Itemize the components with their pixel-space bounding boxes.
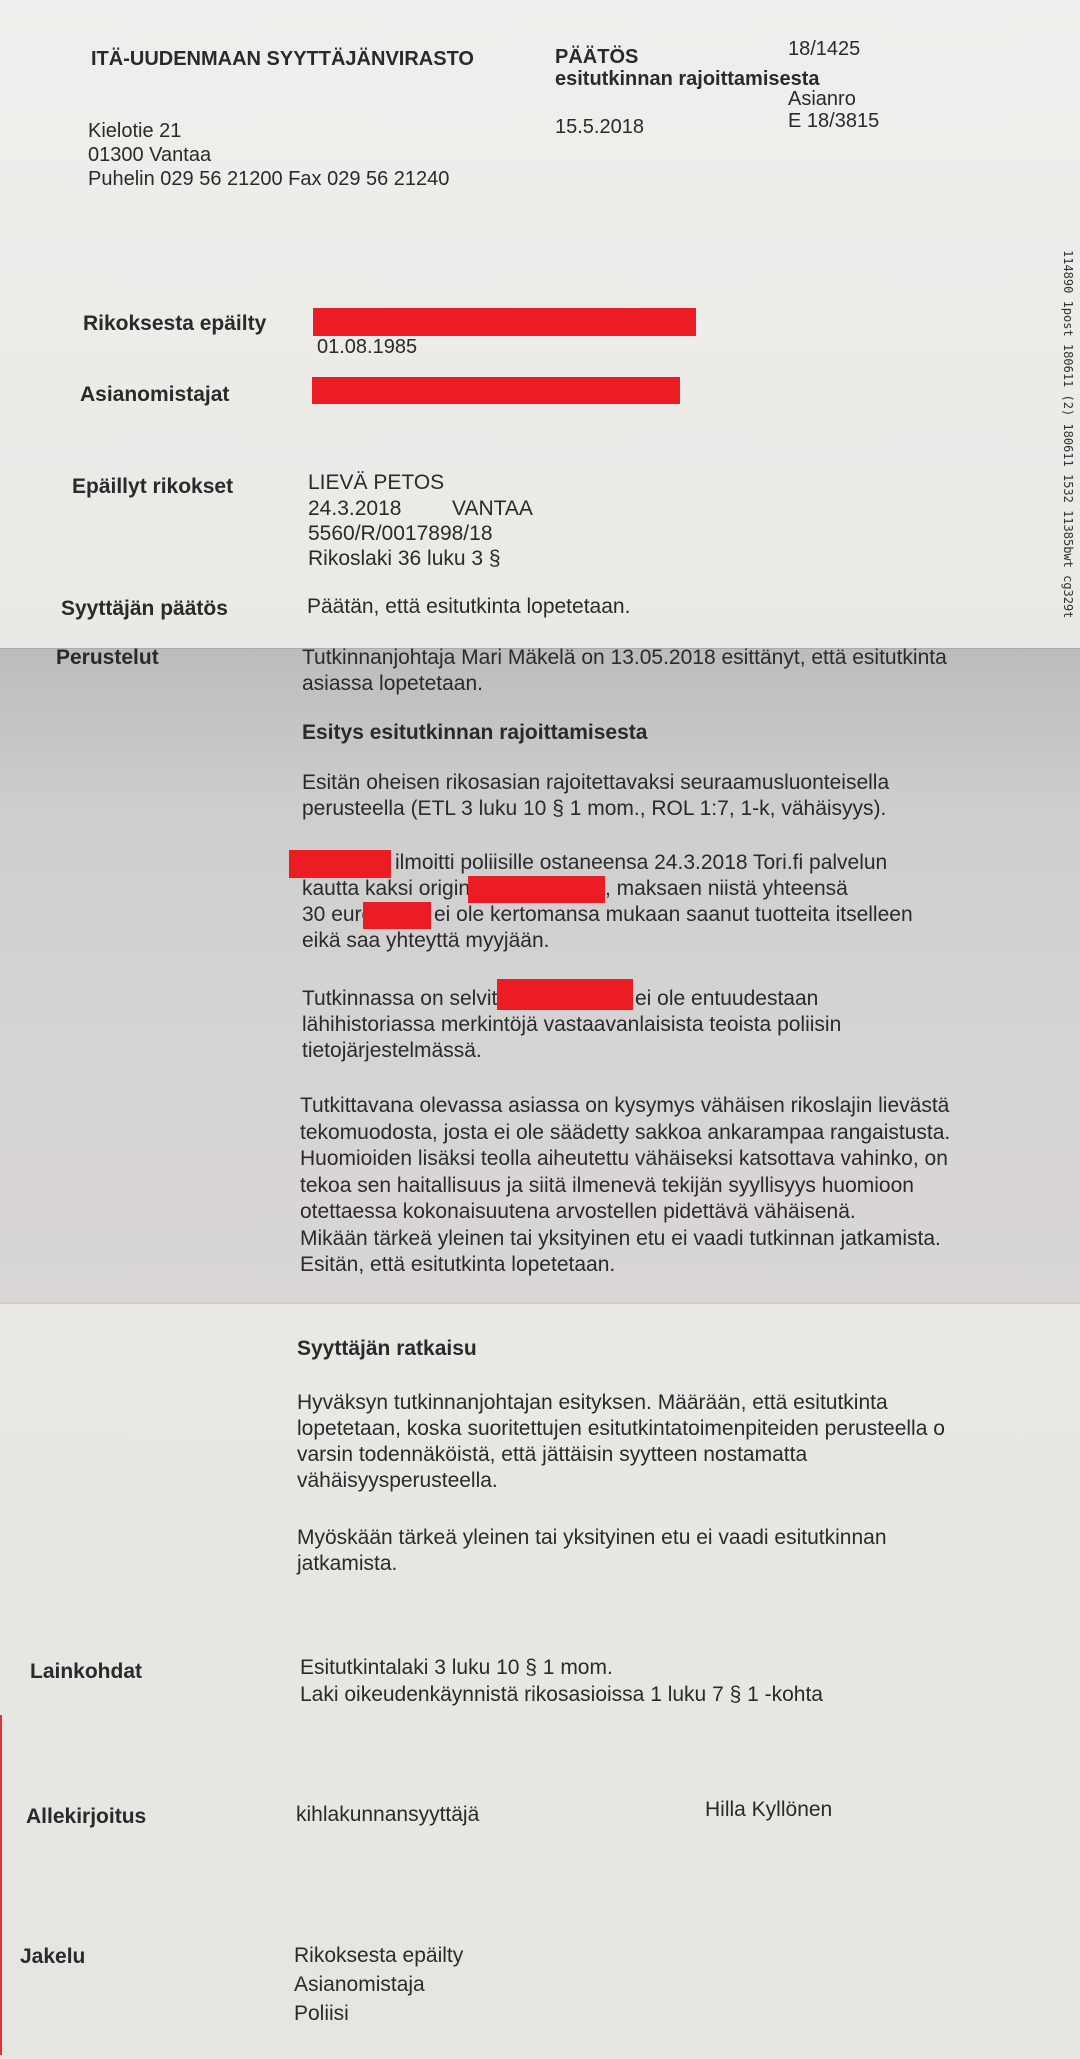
assessment-line: otettaessa kokonaisuutena arvostellen pi… (300, 1199, 950, 1226)
assessment-line: Esitän, että esitutkinta lopetetaan. (300, 1252, 950, 1279)
resolution-line: lopetetaan, koska suoritettujen esitutki… (297, 1416, 945, 1442)
history-line2: lähihistoriassa merkintöjä vastaavanlais… (302, 1012, 841, 1037)
signature-name: Hilla Kyllönen (705, 1797, 832, 1822)
offence-place: VANTAA (452, 496, 533, 521)
grounds-intro-line1: Tutkinnanjohtaja Mari Mäkelä on 13.05.20… (302, 645, 947, 670)
distribution-recipient: Poliisi (294, 1999, 463, 2028)
assessment-line: tekomuodosta, josta ei ole säädetty sakk… (300, 1120, 950, 1147)
redaction-suspect-ref (497, 979, 633, 1010)
page-edge-line (0, 1715, 2, 2055)
proposal-line2: perusteella (ETL 3 luku 10 § 1 mom., ROL… (302, 796, 886, 821)
case-label: Asianro (788, 88, 856, 111)
proposal-heading: Esitys esitutkinnan rajoittamisesta (302, 721, 647, 745)
plaintiffs-label: Asianomistajat (80, 383, 229, 407)
doc-date: 15.5.2018 (555, 116, 644, 139)
legal-line1: Esitutkintalaki 3 luku 10 § 1 mom. (300, 1655, 613, 1680)
suspect-birthdate: 01.08.1985 (317, 336, 417, 359)
case-number: E 18/3815 (788, 110, 879, 133)
resolution-line: Hyväksyn tutkinnanjohtajan esityksen. Mä… (297, 1390, 945, 1416)
legal-label: Lainkohdat (30, 1660, 142, 1684)
redaction-plaintiff-ref1 (289, 850, 391, 878)
doc-number: 18/1425 (788, 38, 860, 61)
distribution-label: Jakelu (20, 1945, 85, 1969)
grounds-label: Perustelut (56, 646, 159, 670)
resolution-paragraph-1: Hyväksyn tutkinnanjohtajan esityksen. Mä… (297, 1390, 945, 1494)
offence-reference: 5560/R/0017898/18 (308, 521, 493, 546)
resolution-line: vähäisyysperusteella. (297, 1468, 945, 1494)
resolution-line: jatkamista. (297, 1551, 887, 1577)
margin-print-code: 114890 1post 180611 (2) 180611 1532 1138… (1045, 250, 1075, 590)
signature-title: kihlakunnansyyttäjä (296, 1802, 479, 1827)
doc-subtitle: esitutkinnan rajoittamisesta (555, 68, 820, 91)
assessment-line: Huomioiden lisäksi teolla aiheutettu väh… (300, 1146, 950, 1173)
distribution-recipient: Asianomistaja (294, 1970, 463, 1999)
phone-fax: Puhelin 029 56 21200 Fax 029 56 21240 (88, 168, 449, 191)
offence-name: LIEVÄ PETOS (308, 470, 444, 495)
facts-line2b: , maksaen niistä yhteensä (605, 876, 848, 901)
facts-line1: ilmoitti poliisille ostaneensa 24.3.2018… (395, 850, 887, 875)
resolution-heading: Syyttäjän ratkaisu (297, 1337, 477, 1361)
redaction-plaintiff-ref2 (363, 902, 431, 929)
suspect-label: Rikoksesta epäilty (83, 312, 266, 336)
assessment-line: Mikään tärkeä yleinen tai yksityinen etu… (300, 1226, 950, 1253)
distribution-recipient: Rikoksesta epäilty (294, 1941, 463, 1970)
assessment-paragraph: Tutkittavana olevassa asiassa on kysymys… (300, 1093, 950, 1279)
history-line1b: ei ole entuudestaan (635, 986, 818, 1011)
redaction-item-detail (468, 876, 605, 903)
agency-name: ITÄ-UUDENMAAN SYYTTÄJÄNVIRASTO (91, 48, 474, 71)
facts-line4: eikä saa yhteyttä myyjään. (302, 928, 549, 953)
offence-date: 24.3.2018 (308, 496, 401, 521)
assessment-line: Tutkittavana olevassa asiassa on kysymys… (300, 1093, 950, 1120)
decision-label: Syyttäjän päätös (61, 597, 228, 621)
redaction-suspect-name (313, 308, 696, 336)
resolution-line: varsin todennäköistä, että jättäisin syy… (297, 1442, 945, 1468)
history-line3: tietojärjestelmässä. (302, 1038, 482, 1063)
doc-type: PÄÄTÖS (555, 46, 638, 69)
resolution-line: Myöskään tärkeä yleinen tai yksityinen e… (297, 1525, 887, 1551)
facts-line3b: ei ole kertomansa mukaan saanut tuotteit… (434, 902, 913, 927)
assessment-line: tekoa sen haitallisuus ja siitä ilmenevä… (300, 1173, 950, 1200)
redaction-plaintiff-name (312, 377, 680, 404)
address-street: Kielotie 21 (88, 120, 181, 143)
grounds-intro-line2: asiassa lopetetaan. (302, 671, 483, 696)
signature-label: Allekirjoitus (26, 1805, 146, 1829)
address-city: 01300 Vantaa (88, 144, 211, 167)
distribution-list: Rikoksesta epäiltyAsianomistajaPoliisi (294, 1941, 463, 2028)
offences-label: Epäillyt rikokset (72, 475, 233, 499)
offence-law: Rikoslaki 36 luku 3 § (308, 546, 501, 571)
decision-text: Päätän, että esitutkinta lopetetaan. (307, 594, 630, 619)
proposal-line1: Esitän oheisen rikosasian rajoitettavaks… (302, 770, 889, 795)
legal-line2: Laki oikeudenkäynnistä rikosasioissa 1 l… (300, 1682, 823, 1707)
resolution-paragraph-2: Myöskään tärkeä yleinen tai yksityinen e… (297, 1525, 887, 1577)
